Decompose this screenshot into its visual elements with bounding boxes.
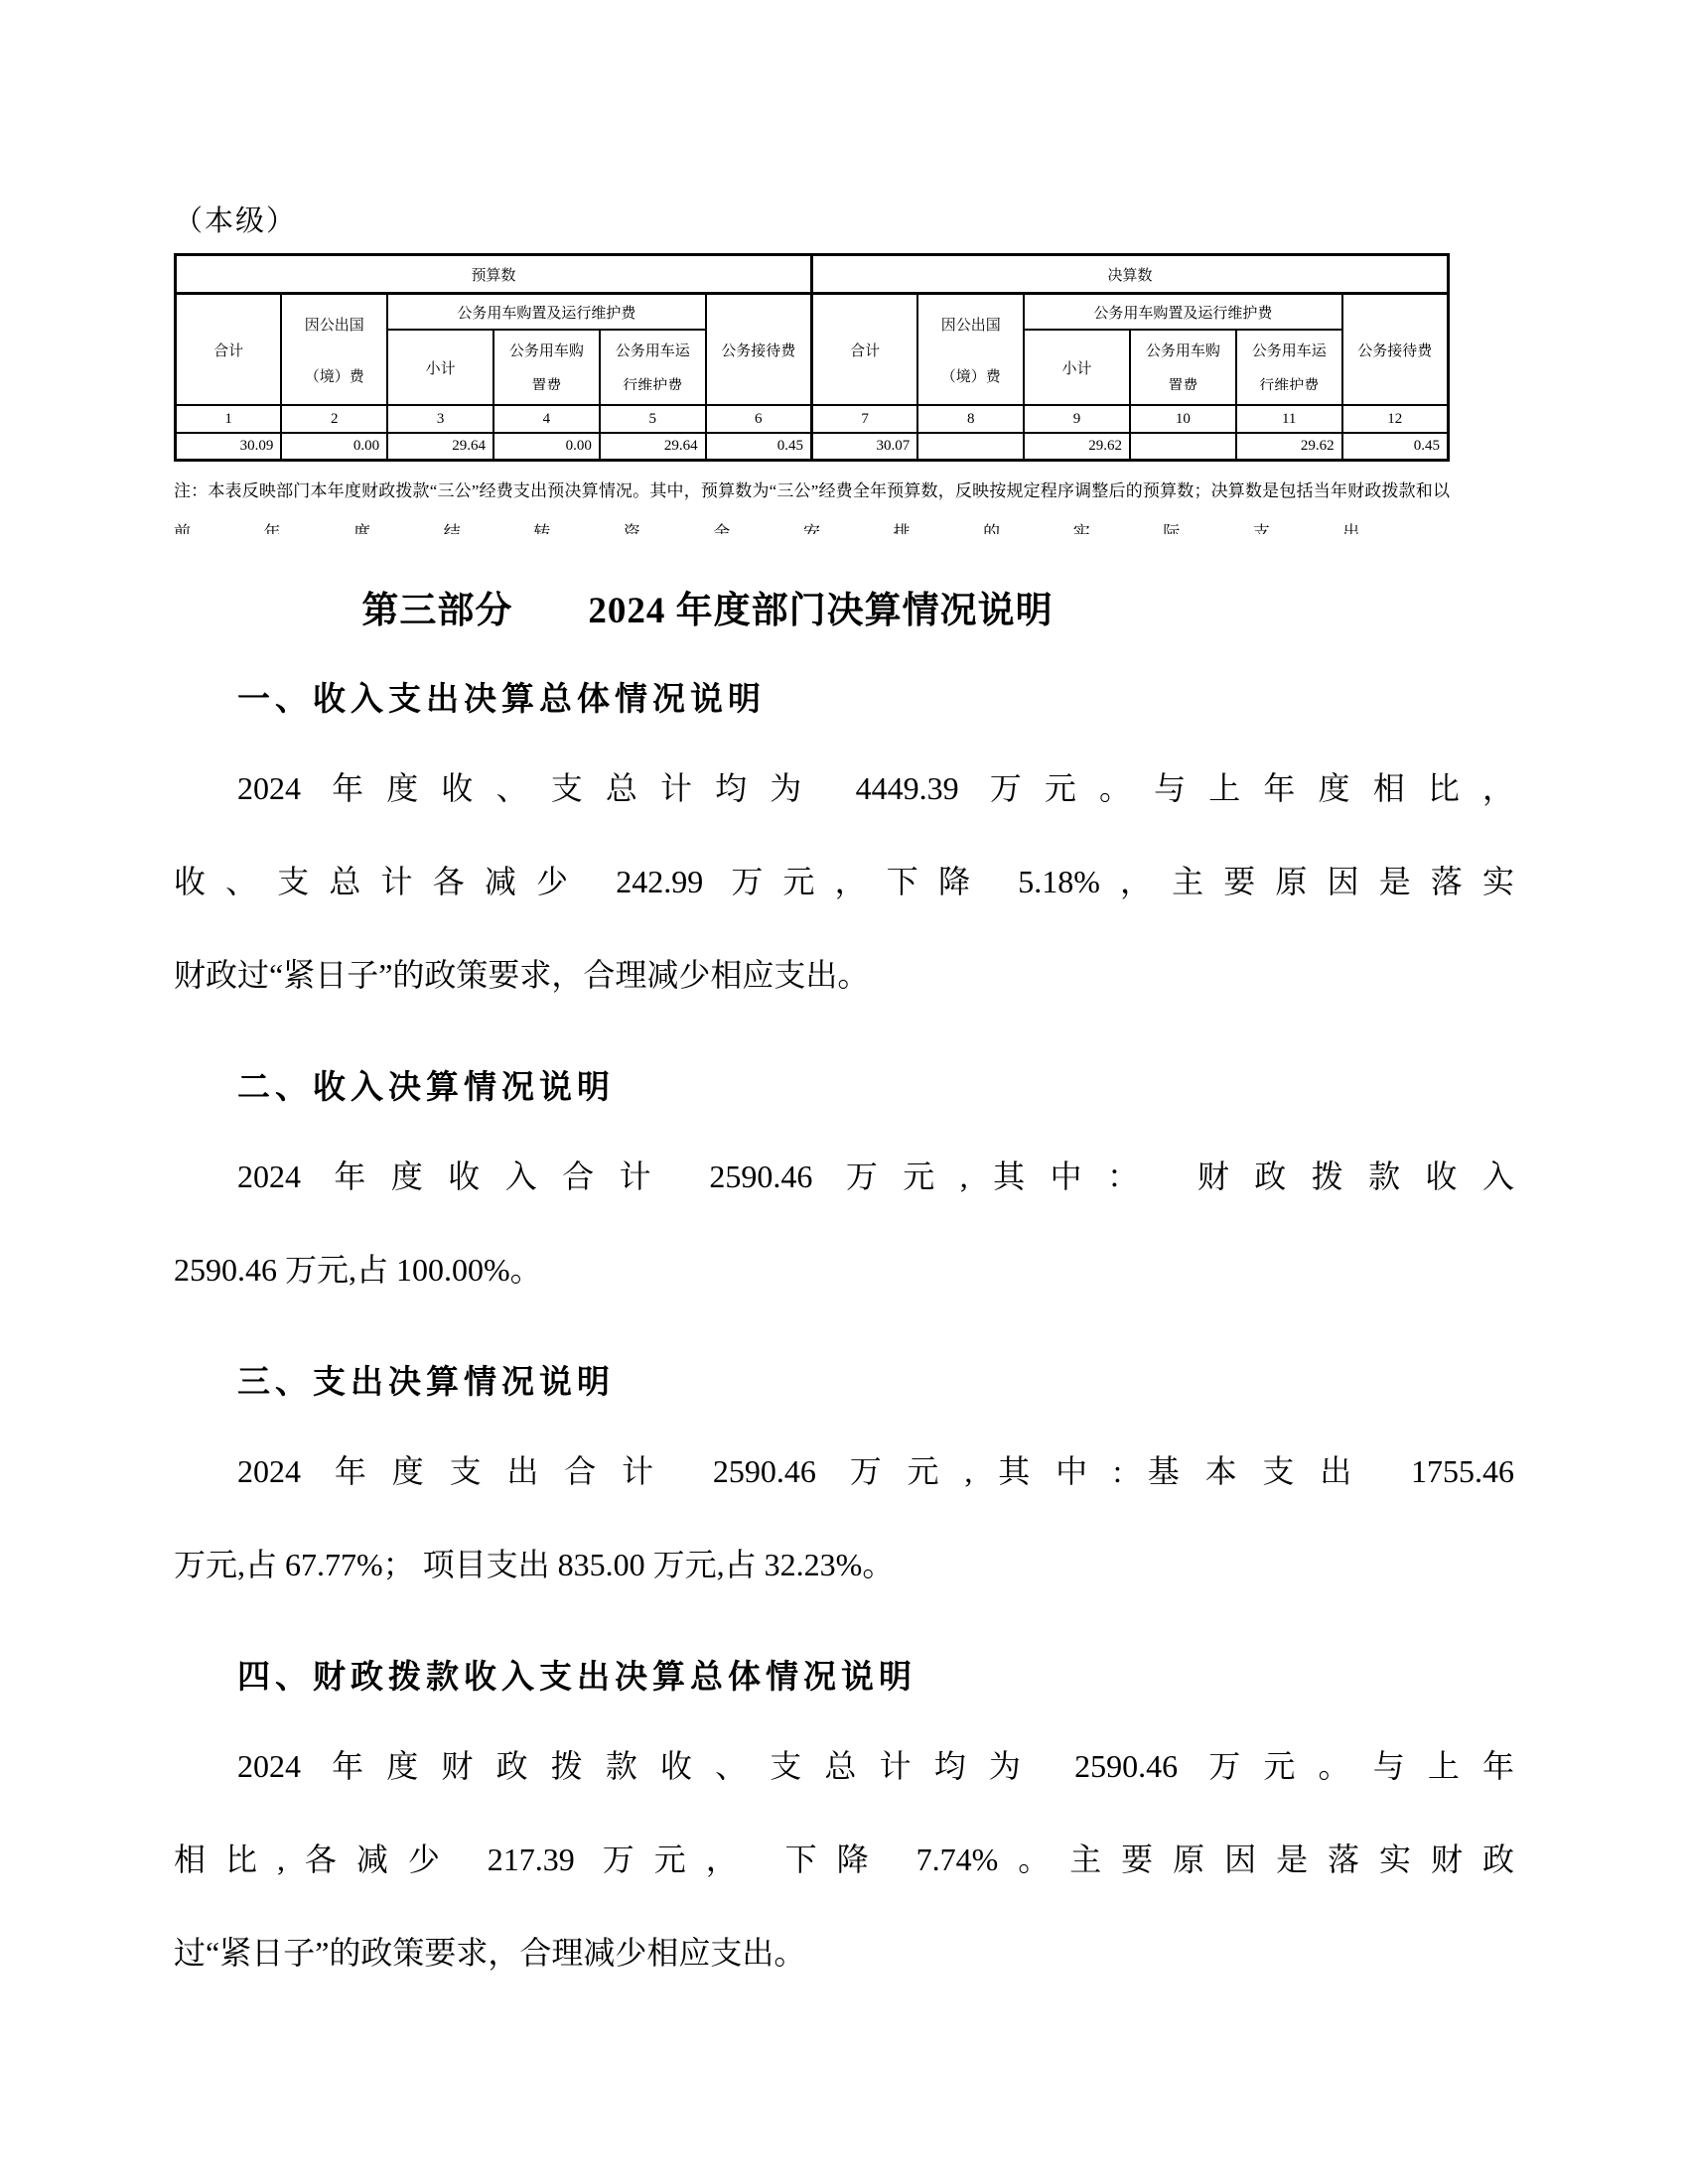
final-operation-header: 公务用车运 行维护费 [1236, 330, 1342, 405]
index-cell: 8 [917, 405, 1024, 433]
section-fiscal-appropriation-overview: 四、财政拨款收入支出决算总体情况说明 2024 年度财政拨款收、支总计均为 25… [174, 1651, 1514, 1999]
abroad-line1: 因公出国 [918, 314, 1023, 335]
value-cell: 30.09 [176, 433, 282, 461]
index-cell: 3 [387, 405, 493, 433]
abroad-line2: （境）费 [918, 365, 1023, 386]
budget-subtotal-header: 小计 [387, 330, 493, 405]
purchase-header-clipped: 公务用车购 置费 [1131, 331, 1235, 390]
part-three-title: 第三部分 2024 年度部门决算情况说明 [174, 580, 1241, 633]
purchase-line2: 置费 [494, 369, 599, 390]
budget-purchase-header: 公务用车购 置费 [493, 330, 600, 405]
index-cell: 4 [493, 405, 600, 433]
abroad-line1: 因公出国 [282, 314, 386, 335]
value-row: 30.09 0.00 29.64 0.00 29.64 0.45 30.07 2… [176, 433, 1449, 461]
index-cell: 7 [811, 405, 917, 433]
table-scope-label: （本级） [174, 199, 1514, 239]
purchase-header-clipped: 公务用车购 置费 [494, 331, 599, 390]
paragraph-line: 2024 年度支出合计 2590.46 万元,其中:基本支出 1755.46 [174, 1425, 1514, 1518]
budget-reception-header: 公务接待费 [706, 294, 812, 406]
paragraph-line: 2024 年度收、支总计均为 4449.39 万元。与上年度相比， [174, 742, 1514, 835]
final-vehicle-group-header: 公务用车购置及运行维护费 [1024, 294, 1341, 331]
section-4-paragraph: 2024 年度财政拨款收、支总计均为 2590.46 万元。与上年 相比,各减少… [174, 1719, 1514, 1999]
section-1-paragraph: 2024 年度收、支总计均为 4449.39 万元。与上年度相比， 收、支总计各… [174, 742, 1514, 1022]
operation-line2: 行维护费 [1237, 369, 1341, 390]
sangong-expense-table: 预算数 决算数 合计 因公出国 （境）费 公务用车购置及运行维护费 公务接待费 … [174, 253, 1450, 462]
table-note: 注：本表反映部门本年度财政拨款“三公”经费支出预决算情况。其中，预算数为“三公”… [174, 471, 1450, 534]
operation-line2: 行维护费 [601, 369, 705, 390]
final-half-header: 决算数 [811, 255, 1448, 294]
operation-line1: 公务用车运 [601, 335, 705, 369]
section-2-heading: 二、收入决算情况说明 [237, 1061, 1514, 1108]
column-index-row: 1 2 3 4 5 6 7 8 9 10 11 12 [176, 405, 1449, 433]
operation-line1: 公务用车运 [1237, 335, 1341, 369]
section-expense-statement: 三、支出决算情况说明 2024 年度支出合计 2590.46 万元,其中:基本支… [174, 1356, 1514, 1611]
abroad-header-lines: 因公出国 （境）费 [282, 298, 386, 401]
value-cell: 29.64 [387, 433, 493, 461]
value-cell: 0.45 [706, 433, 812, 461]
value-cell: 29.62 [1236, 433, 1342, 461]
index-cell: 9 [1024, 405, 1130, 433]
paragraph-line: 2024 年度财政拨款收、支总计均为 2590.46 万元。与上年 [174, 1719, 1514, 1813]
section-2-paragraph: 2024 年度收入合计 2590.46 万元,其中： 财政拨款收入 2590.4… [174, 1130, 1514, 1316]
section-3-paragraph: 2024 年度支出合计 2590.46 万元,其中:基本支出 1755.46 万… [174, 1425, 1514, 1611]
value-cell: 29.64 [600, 433, 706, 461]
paragraph-line: 过“紧日子”的政策要求，合理减少相应支出。 [174, 1906, 1514, 1999]
table-row: 预算数 决算数 [176, 255, 1449, 294]
paragraph-line: 相比,各减少 217.39 万元， 下降 7.74%。主要原因是落实财政 [174, 1813, 1514, 1906]
value-cell: 0.00 [493, 433, 600, 461]
index-cell: 12 [1342, 405, 1449, 433]
final-subtotal-header: 小计 [1024, 330, 1130, 405]
purchase-line2: 置费 [1131, 369, 1235, 390]
paragraph-line: 财政过“紧日子”的政策要求，合理减少相应支出。 [174, 928, 1514, 1022]
section-income-statement: 二、收入决算情况说明 2024 年度收入合计 2590.46 万元,其中： 财政… [174, 1061, 1514, 1316]
budget-abroad-header: 因公出国 （境）费 [281, 294, 387, 406]
budget-operation-header: 公务用车运 行维护费 [600, 330, 706, 405]
abroad-line2: （境）费 [282, 365, 386, 386]
note-line-1: 注：本表反映部门本年度财政拨款“三公”经费支出预决算情况。其中，预算数为“三公”… [174, 471, 1450, 512]
paragraph-line: 2024 年度收入合计 2590.46 万元,其中： 财政拨款收入 [174, 1130, 1514, 1223]
section-3-heading: 三、支出决算情况说明 [237, 1356, 1514, 1403]
section-1-heading: 一、收入支出决算总体情况说明 [237, 673, 1514, 720]
operation-header-clipped: 公务用车运 行维护费 [1237, 331, 1341, 390]
section-4-heading: 四、财政拨款收入支出决算总体情况说明 [237, 1651, 1514, 1698]
value-cell: 29.62 [1024, 433, 1130, 461]
section-income-expense-overview: 一、收入支出决算总体情况说明 2024 年度收、支总计均为 4449.39 万元… [174, 673, 1514, 1022]
index-cell: 11 [1236, 405, 1342, 433]
final-reception-header: 公务接待费 [1342, 294, 1449, 406]
note-line-2-clipped: 前年度结转资金安排的实际支出。 [174, 512, 1450, 534]
index-cell: 6 [706, 405, 812, 433]
budget-vehicle-group-header: 公务用车购置及运行维护费 [387, 294, 705, 331]
budget-half-header: 预算数 [176, 255, 812, 294]
abroad-header-lines: 因公出国 （境）费 [918, 298, 1023, 401]
final-purchase-header: 公务用车购 置费 [1130, 330, 1236, 405]
value-cell: 0.00 [281, 433, 387, 461]
purchase-line1: 公务用车购 [1131, 335, 1235, 369]
value-cell: 30.07 [811, 433, 917, 461]
document-body: { "page": { "label_benji": "（本级）" }, "ta… [0, 0, 1688, 2184]
index-cell: 2 [281, 405, 387, 433]
paragraph-line: 万元,占 67.77%； 项目支出 835.00 万元,占 32.23%。 [174, 1518, 1514, 1611]
table-row: 合计 因公出国 （境）费 公务用车购置及运行维护费 公务接待费 合计 因公出国 … [176, 294, 1449, 331]
purchase-line1: 公务用车购 [494, 335, 599, 369]
index-cell: 10 [1130, 405, 1236, 433]
index-cell: 5 [600, 405, 706, 433]
paragraph-line: 2590.46 万元,占 100.00%。 [174, 1223, 1514, 1316]
final-abroad-header: 因公出国 （境）费 [917, 294, 1024, 406]
final-total-header: 合计 [811, 294, 917, 406]
operation-header-clipped: 公务用车运 行维护费 [601, 331, 705, 390]
value-cell [1130, 433, 1236, 461]
budget-total-header: 合计 [176, 294, 282, 406]
value-cell: 0.45 [1342, 433, 1449, 461]
value-cell [917, 433, 1024, 461]
paragraph-line: 收、支总计各减少 242.99 万元，下降 5.18%，主要原因是落实 [174, 835, 1514, 928]
index-cell: 1 [176, 405, 282, 433]
